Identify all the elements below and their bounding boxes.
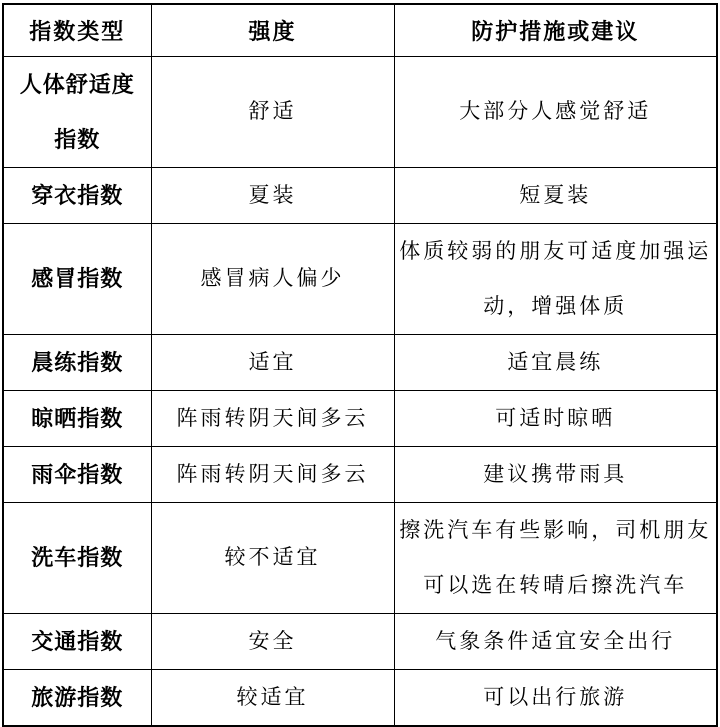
index-type-cell: 雨伞指数 <box>3 446 151 502</box>
strength-cell: 阵雨转阴天间多云 <box>151 390 394 446</box>
header-row: 指数类型 强度 防护措施或建议 <box>3 4 717 56</box>
strength-cell: 较不适宜 <box>151 502 394 613</box>
advice-cell: 可适时晾晒 <box>394 390 717 446</box>
table-row: 雨伞指数 阵雨转阴天间多云 建议携带雨具 <box>3 446 717 502</box>
index-type-cell: 交通指数 <box>3 613 151 669</box>
table-row: 穿衣指数 夏装 短夏装 <box>3 167 717 223</box>
index-type-cell: 人体舒适度 指数 <box>3 56 151 167</box>
index-type-cell: 晨练指数 <box>3 334 151 390</box>
table-body: 人体舒适度 指数 舒适 大部分人感觉舒适 穿衣指数 夏装 短夏装 感冒指数 感冒… <box>3 56 717 726</box>
advice-cell: 适宜晨练 <box>394 334 717 390</box>
advice-cell: 大部分人感觉舒适 <box>394 56 717 167</box>
table-row: 人体舒适度 指数 舒适 大部分人感觉舒适 <box>3 56 717 167</box>
advice-cell: 建议携带雨具 <box>394 446 717 502</box>
header-strength: 强度 <box>151 4 394 56</box>
advice-cell: 体质较弱的朋友可适度加强运 动，增强体质 <box>394 223 717 334</box>
table-row: 晾晒指数 阵雨转阴天间多云 可适时晾晒 <box>3 390 717 446</box>
strength-cell: 夏装 <box>151 167 394 223</box>
table-row: 旅游指数 较适宜 可以出行旅游 <box>3 669 717 726</box>
header-advice: 防护措施或建议 <box>394 4 717 56</box>
advice-cell: 短夏装 <box>394 167 717 223</box>
table-row: 洗车指数 较不适宜 擦洗汽车有些影响，司机朋友 可以选在转晴后擦洗汽车 <box>3 502 717 613</box>
index-type-cell: 旅游指数 <box>3 669 151 726</box>
header-index-type: 指数类型 <box>3 4 151 56</box>
weather-index-table: 指数类型 强度 防护措施或建议 人体舒适度 指数 舒适 大部分人感觉舒适 穿衣指… <box>2 3 718 727</box>
table-row: 交通指数 安全 气象条件适宜安全出行 <box>3 613 717 669</box>
strength-cell: 适宜 <box>151 334 394 390</box>
strength-cell: 阵雨转阴天间多云 <box>151 446 394 502</box>
strength-cell: 安全 <box>151 613 394 669</box>
advice-cell: 擦洗汽车有些影响，司机朋友 可以选在转晴后擦洗汽车 <box>394 502 717 613</box>
strength-cell: 较适宜 <box>151 669 394 726</box>
table-row: 感冒指数 感冒病人偏少 体质较弱的朋友可适度加强运 动，增强体质 <box>3 223 717 334</box>
index-type-cell: 穿衣指数 <box>3 167 151 223</box>
advice-cell: 气象条件适宜安全出行 <box>394 613 717 669</box>
strength-cell: 舒适 <box>151 56 394 167</box>
advice-cell: 可以出行旅游 <box>394 669 717 726</box>
strength-cell: 感冒病人偏少 <box>151 223 394 334</box>
index-type-cell: 洗车指数 <box>3 502 151 613</box>
index-type-cell: 感冒指数 <box>3 223 151 334</box>
table-row: 晨练指数 适宜 适宜晨练 <box>3 334 717 390</box>
index-type-cell: 晾晒指数 <box>3 390 151 446</box>
